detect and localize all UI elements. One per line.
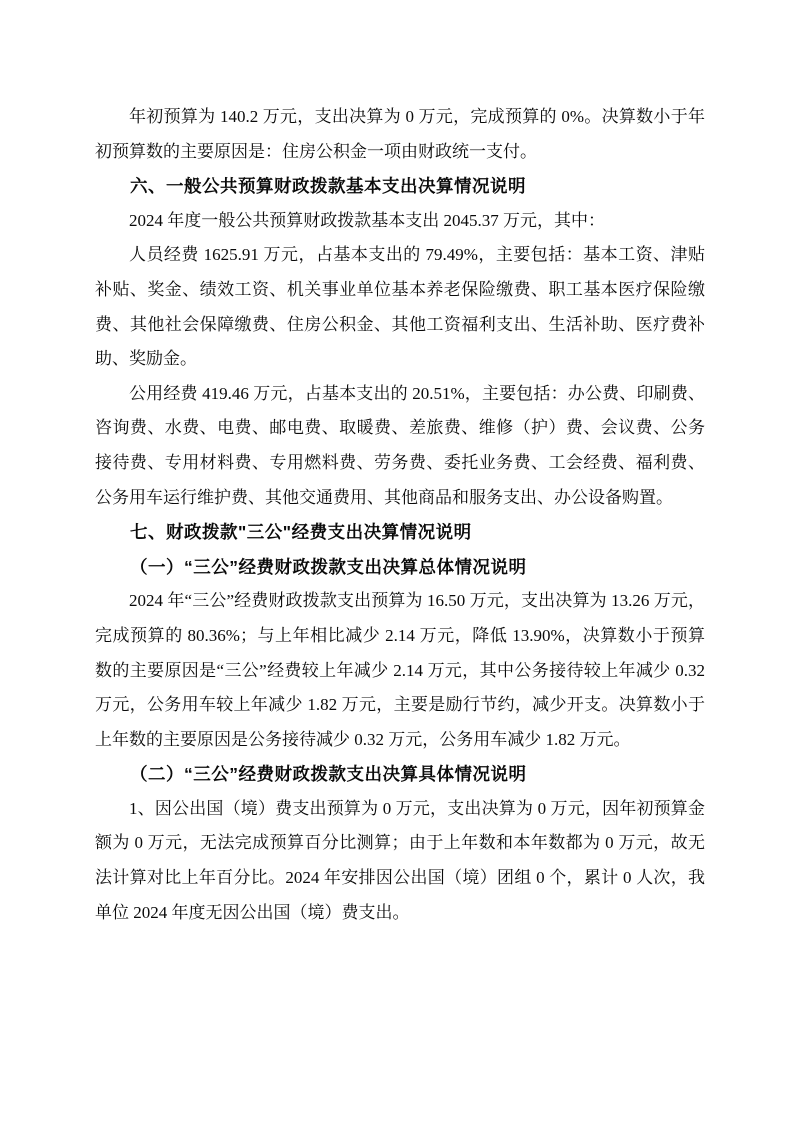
section-heading-6-basic-expenditure: 六、一般公共预算财政拨款基本支出决算情况说明 xyxy=(95,169,705,204)
subsection-heading-2-details: （二）“三公”经费财政拨款支出决算具体情况说明 xyxy=(95,757,705,792)
paragraph-basic-expenditure-total: 2024 年度一般公共预算财政拨款基本支出 2045.37 万元，其中： xyxy=(95,204,705,239)
paragraph-personnel-expense: 人员经费 1625.91 万元，占基本支出的 79.49%，主要包括：基本工资、… xyxy=(95,238,705,376)
paragraph-overseas-travel: 1、因公出国（境）费支出预算为 0 万元，支出决算为 0 万元，因年初预算金额为… xyxy=(95,792,705,930)
subsection-heading-1-overall: （一）“三公”经费财政拨款支出决算总体情况说明 xyxy=(95,550,705,585)
paragraph-sangong-overall: 2024 年“三公”经费财政拨款支出预算为 16.50 万元，支出决算为 13.… xyxy=(95,584,705,757)
paragraph-public-expense: 公用经费 419.46 万元，占基本支出的 20.51%，主要包括：办公费、印刷… xyxy=(95,377,705,515)
paragraph-housing-fund-note: 年初预算为 140.2 万元，支出决算为 0 万元，完成预算的 0%。决算数小于… xyxy=(95,100,705,169)
document-page: 年初预算为 140.2 万元，支出决算为 0 万元，完成预算的 0%。决算数小于… xyxy=(0,0,793,1122)
section-heading-7-sangong-expense: 七、财政拨款"三公"经费支出决算情况说明 xyxy=(95,515,705,550)
document-body: 年初预算为 140.2 万元，支出决算为 0 万元，完成预算的 0%。决算数小于… xyxy=(95,100,705,930)
